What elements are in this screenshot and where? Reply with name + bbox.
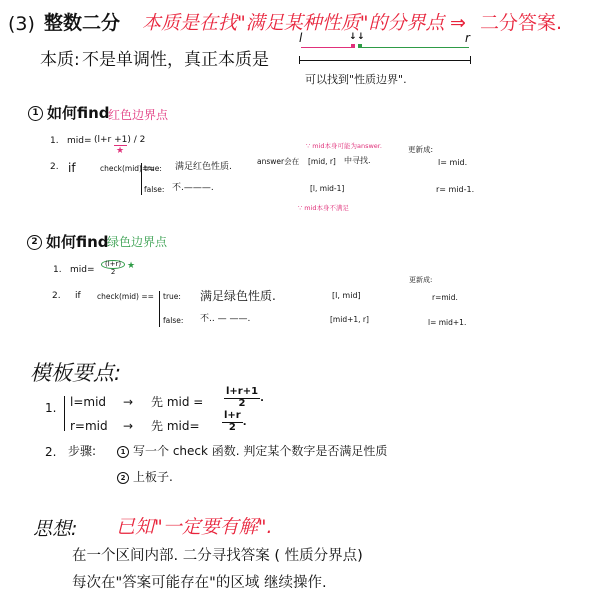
section1-title: 如何find: [47, 104, 110, 122]
step2-text: 上板子.: [133, 470, 173, 484]
tpl-row1-label: 先 mid =: [151, 396, 203, 408]
green-region: [361, 47, 469, 48]
s2-step2-num: 2.: [52, 292, 61, 301]
s2-brace: [159, 291, 160, 327]
s2-false-label: false:: [163, 317, 183, 325]
s1-note-true: ∵ mid本身可能为answer.: [306, 143, 382, 150]
step-marker: 2: [117, 472, 129, 484]
fraction-numerator: l+r+1: [224, 387, 260, 399]
s1-update-header: 更新成:: [408, 146, 433, 154]
tpl-row1-fraction: l+r+12.: [224, 387, 264, 409]
topic-title: 整数二分: [44, 14, 120, 33]
section1-heading: 1如何find: [28, 106, 110, 121]
s1-answer-text: answer会在: [257, 158, 299, 166]
s1-update-true: l= mid.: [438, 159, 467, 167]
tpl-row1-left: l=mid: [70, 396, 106, 408]
fraction-denominator: 2: [229, 423, 236, 434]
s2-condition: check(mid) ==: [97, 293, 154, 301]
tpl-row2-arrow: →: [123, 420, 133, 432]
fraction-denominator: 2: [239, 399, 246, 410]
section-number: (3): [8, 15, 35, 34]
s1-note-false: ∵ mid本身不满足: [298, 205, 349, 212]
tpl-sub2: 2上板子.: [117, 471, 173, 484]
s1-false-label: false:: [144, 186, 164, 194]
plus-one-highlight: +1: [114, 135, 127, 146]
s1-interval-true-suffix: 中寻找.: [344, 157, 371, 165]
tpl-row2-label: 先 mid=: [151, 420, 200, 432]
s2-step1-expr: (l+r)2: [101, 260, 125, 277]
s2-true-label: true:: [163, 293, 181, 301]
number-line-diagram: l r ↓ ↓ 可以找到"性质边界".: [295, 30, 480, 100]
essence-label: 本质:: [40, 52, 80, 69]
star-icon: ★: [127, 262, 135, 271]
tpl-item2-label: 步骤:: [68, 445, 96, 457]
s1-step1-label: mid=: [67, 137, 92, 146]
s2-update-false: l= mid+1.: [428, 319, 466, 327]
s2-interval-false: [mid+1, r]: [330, 316, 369, 324]
s1-interval-true: [mid, r]: [308, 158, 336, 166]
section1-color-title: 红色边界点: [108, 109, 168, 121]
section2-heading: 2如何find: [27, 235, 109, 250]
red-boundary-point: [351, 44, 355, 48]
s2-if: if: [75, 292, 81, 301]
idea-highlight: 已知"一定要有解".: [116, 518, 273, 537]
tpl-row2-left: r=mid: [70, 420, 108, 432]
s1-interval-false: [l, mid-1]: [310, 185, 344, 193]
s2-true-text: 满足绿色性质.: [200, 290, 276, 302]
section2-color-title: 绿色边界点: [107, 236, 167, 248]
arrow-down-icon: ↓: [349, 33, 357, 42]
s2-false-text: 不.. — ——.: [200, 315, 250, 324]
s1-true-label: true:: [144, 165, 162, 173]
s1-if: if: [68, 162, 76, 174]
binary-search-answer: 二分答案.: [480, 14, 562, 33]
section2-title: 如何find: [46, 233, 109, 251]
left-bound-label: l: [299, 32, 302, 44]
s2-update-true: r=mid.: [432, 294, 458, 302]
axis-line: [299, 60, 471, 61]
s2-interval-true: [l, mid]: [332, 292, 361, 300]
s1-false-text: 不.———.: [172, 184, 214, 193]
s2-update-header: 更新成:: [409, 277, 432, 284]
step1-text: 写一个 check 函数. 判定某个数字是否满足性质: [133, 444, 387, 458]
tpl-item1-num: 1.: [45, 402, 56, 414]
idea-line1: 在一个区间内部. 二分寻找答案 ( 性质分界点): [72, 549, 363, 564]
essence-text: 不是单调性，真正本质是: [82, 52, 269, 69]
step-marker: 1: [117, 446, 129, 458]
s1-step1-num: 1.: [50, 137, 59, 146]
star-icon: ★: [116, 147, 124, 156]
fraction-denominator: 2: [111, 269, 115, 276]
s1-true-text: 满足红色性质.: [175, 163, 232, 172]
section-marker: 2: [27, 235, 42, 250]
tpl-item1-brace: [64, 396, 65, 431]
s1-brace: [141, 163, 142, 195]
arrow-down-icon: ↓: [357, 33, 365, 42]
tpl-item2-num: 2.: [45, 446, 56, 458]
section-marker: 1: [28, 106, 43, 121]
right-bound-label: r: [465, 32, 470, 44]
tpl-row2-fraction: l+r2.: [222, 411, 247, 433]
axis-tick-right: [470, 56, 471, 64]
s2-step1-label: mid=: [70, 266, 95, 275]
axis-tick-left: [299, 56, 300, 64]
s2-step1-num: 1.: [53, 266, 62, 275]
s1-update-false: r= mid-1.: [436, 186, 474, 194]
number-line-caption: 可以找到"性质边界".: [305, 74, 407, 85]
s1-step2-num: 2.: [50, 163, 59, 172]
idea-label: 思想:: [33, 520, 77, 539]
red-region: [301, 47, 353, 48]
tpl-row1-arrow: →: [123, 396, 133, 408]
idea-line2: 每次在"答案可能存在"的区域 继续操作.: [72, 576, 327, 591]
template-heading: 模板要点:: [30, 363, 121, 384]
fraction-numerator: l+r: [222, 411, 243, 423]
tpl-sub1: 1写一个 check 函数. 判定某个数字是否满足性质: [117, 445, 387, 458]
s1-step1-expr: (l+r +1) / 2: [94, 136, 145, 145]
